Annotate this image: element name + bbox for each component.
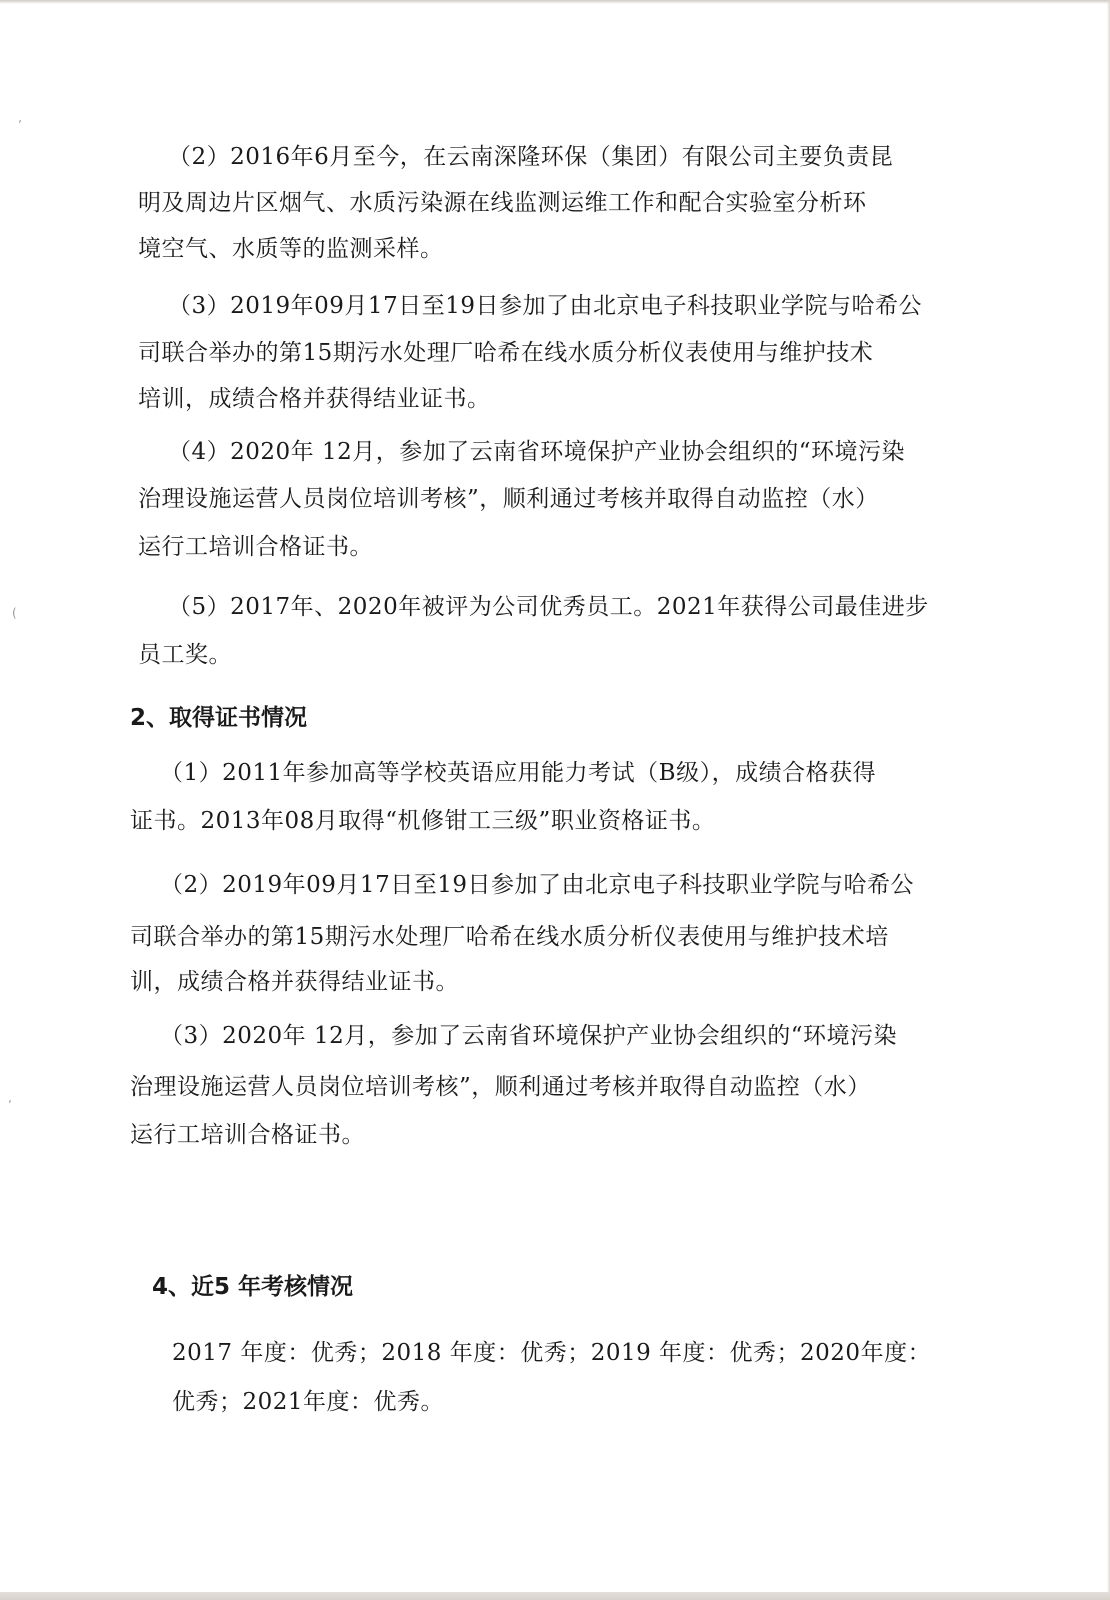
paragraph-line: （2）2019年09月17日至19日参加了由北京电子科技职业学院与哈希公 [160, 870, 914, 900]
paragraph-line: （1）2011年参加高等学校英语应用能力考试（B级），成绩合格获得 [160, 758, 876, 788]
paragraph-line: 员工奖。 [138, 640, 232, 670]
paragraph-line: 证书。2013年08月取得“机修钳工三级”职业资格证书。 [130, 806, 715, 836]
paragraph-line: 运行工培训合格证书。 [130, 1120, 365, 1150]
section4-heading: 4、近5 年考核情况 [152, 1272, 353, 1302]
paragraph-line: （3）2020年 12月，参加了云南省环境保护产业协会组织的“环境污染 [160, 1021, 897, 1051]
paragraph-line: 训，成绩合格并获得结业证书。 [130, 967, 459, 997]
scan-speck: ʼ [8, 1098, 12, 1112]
scan-speck: ( [12, 606, 17, 620]
paragraph-line: （3）2019年09月17日至19日参加了由北京电子科技职业学院与哈希公 [168, 291, 922, 321]
paragraph-line: 治理设施运营人员岗位培训考核”，顺利通过考核并取得自动监控（水） [138, 484, 879, 514]
paragraph-line: 2017 年度：优秀；2018 年度：优秀；2019 年度：优秀；2020年度： [172, 1338, 931, 1368]
paragraph-line: 治理设施运营人员岗位培训考核”，顺利通过考核并取得自动监控（水） [130, 1072, 871, 1102]
paragraph-line: 司联合举办的第15期污水处理厂哈希在线水质分析仪表使用与维护技术 [138, 338, 873, 368]
section2-heading: 2、取得证书情况 [130, 703, 307, 733]
paragraph-line: 优秀；2021年度：优秀。 [172, 1387, 444, 1417]
paragraph-line: 运行工培训合格证书。 [138, 532, 373, 562]
paragraph-line: 司联合举办的第15期污水处理厂哈希在线水质分析仪表使用与维护技术培 [130, 922, 889, 952]
scan-edge-bottom [0, 1592, 1110, 1600]
paragraph-line: 明及周边片区烟气、水质污染源在线监测运维工作和配合实验室分析环 [138, 188, 867, 218]
scan-speck: ʼ [18, 118, 22, 132]
paragraph-line: 培训，成绩合格并获得结业证书。 [138, 384, 491, 414]
scan-edge-top [0, 0, 1110, 4]
paragraph-line: （2）2016年6月至今，在云南深隆环保（集团）有限公司主要负责昆 [168, 142, 893, 172]
paragraph-line: （4）2020年 12月，参加了云南省环境保护产业协会组织的“环境污染 [168, 437, 905, 467]
paragraph-line: 境空气、水质等的监测采样。 [138, 234, 444, 264]
paragraph-line: （5）2017年、2020年被评为公司优秀员工。2021年获得公司最佳进步 [168, 592, 929, 622]
scanned-document-page: ʼ ( ʼ （2）2016年6月至今，在云南深隆环保（集团）有限公司主要负责昆 … [0, 0, 1110, 1600]
